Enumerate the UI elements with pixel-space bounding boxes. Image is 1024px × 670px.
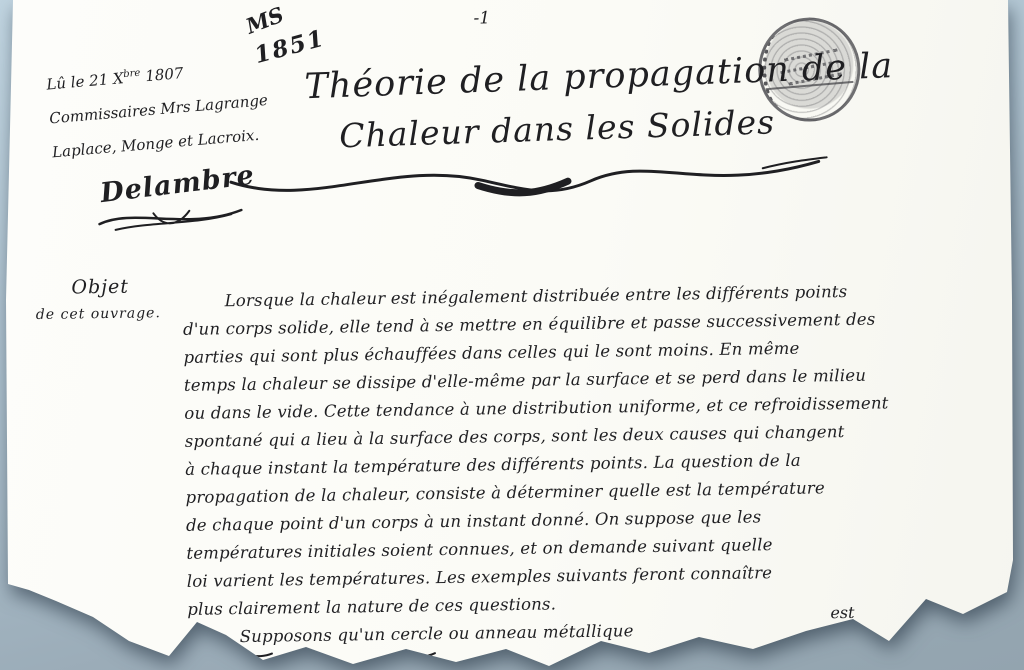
manuscript-sheet: -1 MS 1851 Lû le 21 Xbre 1807 Commissair… bbox=[0, 0, 1024, 670]
margin-note-subtitle: de cet ouvrage. bbox=[36, 305, 161, 323]
margin-note-title: Objet bbox=[71, 276, 129, 299]
torn-line-fragment: est bbox=[830, 603, 854, 622]
ms-number-prefix: MS bbox=[242, 2, 287, 39]
page-content: -1 MS 1851 Lû le 21 Xbre 1807 Commissair… bbox=[0, 0, 1024, 670]
manuscript-paragraph: Lorsque la chaleur est inégalement distr… bbox=[182, 277, 892, 651]
folio-number: -1 bbox=[473, 8, 490, 28]
reading-note: Lû le 21 Xbre 1807 Commissaires Mrs Lagr… bbox=[45, 46, 272, 169]
title-flourish bbox=[223, 145, 834, 214]
paper-page: -1 MS 1851 Lû le 21 Xbre 1807 Commissair… bbox=[0, 0, 1024, 670]
torn-text-fragments bbox=[187, 640, 507, 670]
